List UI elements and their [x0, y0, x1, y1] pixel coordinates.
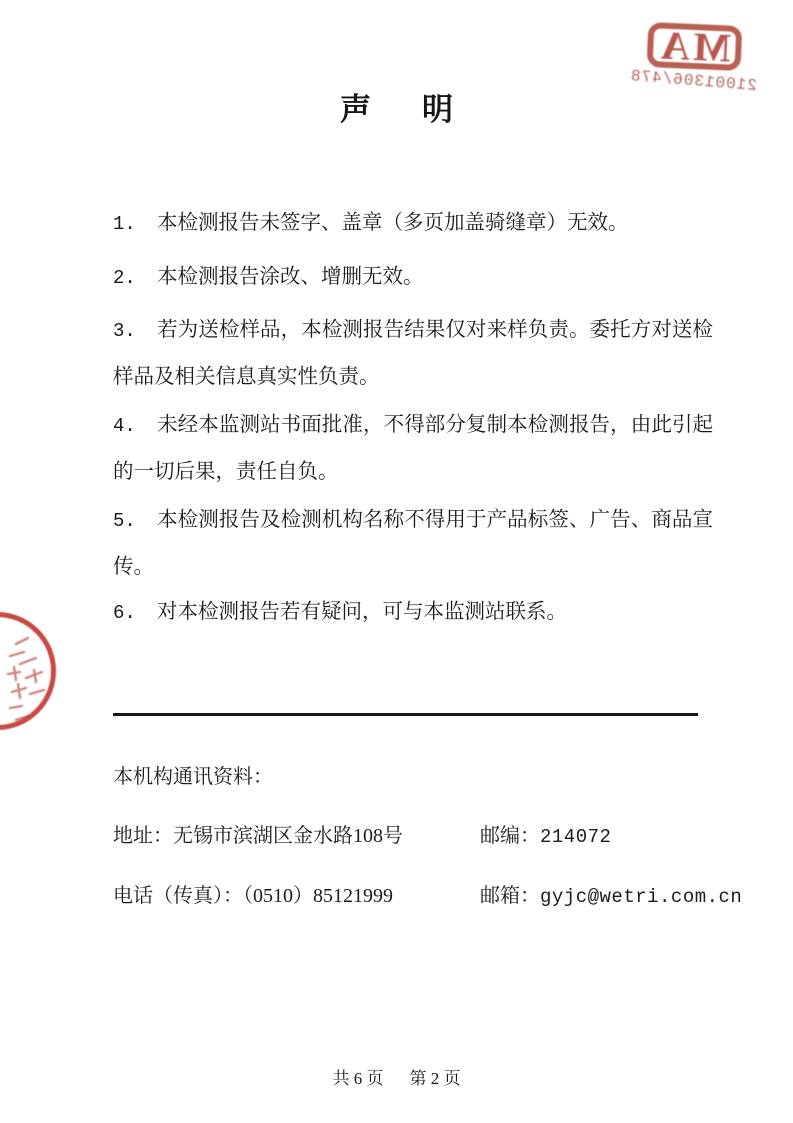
statement-number: 4. — [113, 403, 157, 449]
seal-ink-marks-icon — [2, 634, 57, 729]
divider-line — [113, 713, 698, 716]
statement-item-2: 2.本检测报告涂改、增删无效。 — [113, 254, 713, 301]
statement-number: 1. — [113, 201, 157, 247]
statement-number: 2. — [113, 255, 157, 301]
address-label: 地址： — [113, 825, 173, 847]
round-seal-icon — [0, 612, 56, 730]
phone-value: （0510）85121999 — [243, 885, 393, 907]
address-value: 无锡市滨湖区金水路108号 — [173, 825, 403, 847]
postcode-value: 214072 — [540, 826, 611, 848]
statement-text: 本检测报告未签字、盖章（多页加盖骑缝章）无效。 — [157, 212, 629, 234]
document-page: MA 21001306/478 声 明 1.本检测报告未签字、盖章（多页加盖骑缝… — [0, 0, 793, 1123]
phone-label: 电话（传真）： — [113, 885, 243, 907]
statement-item-3: 3.若为送检样品，本检测报告结果仅对来样负责。委托方对送检样品及相关信息真实性负… — [113, 307, 713, 400]
cma-ma-mark: MA — [647, 22, 743, 71]
statement-number: 6. — [113, 590, 157, 636]
page-title: 声 明 — [0, 84, 793, 129]
contact-heading: 本机构通讯资料： — [113, 760, 273, 789]
postcode-label: 邮编： — [480, 825, 540, 847]
cma-stamp-icon: MA 21001306/478 — [623, 21, 766, 93]
page-footer: 共 6 页第 2 页 — [0, 1064, 793, 1089]
email-label: 邮箱： — [480, 885, 540, 907]
footer-current-page: 第 2 页 — [410, 1069, 461, 1088]
statement-text: 本检测报告涂改、增删无效。 — [157, 266, 424, 288]
statement-number: 5. — [113, 498, 157, 544]
contact-row-phone: 电话（传真）：（0510）85121999 邮箱：gyjc@wetri.com.… — [113, 879, 713, 908]
statement-text: 若为送检样品，本检测报告结果仅对来样负责。委托方对送检样品及相关信息真实性负责。 — [113, 319, 713, 388]
statement-item-4: 4.未经本监测站书面批准，不得部分复制本检测报告，由此引起的一切后果，责任自负。 — [113, 402, 713, 495]
statement-text: 未经本监测站书面批准，不得部分复制本检测报告，由此引起的一切后果，责任自负。 — [113, 414, 713, 483]
statement-text: 本检测报告及检测机构名称不得用于产品标签、广告、商品宣传。 — [113, 509, 713, 578]
statement-item-6: 6.对本检测报告若有疑问，可与本监测站联系。 — [113, 589, 713, 636]
statement-item-5: 5.本检测报告及检测机构名称不得用于产品标签、广告、商品宣传。 — [113, 497, 713, 590]
footer-total-pages: 共 6 页 — [333, 1069, 384, 1088]
contact-row-address: 地址：无锡市滨湖区金水路108号 邮编：214072 — [113, 819, 713, 848]
statement-number: 3. — [113, 308, 157, 354]
statement-text: 对本检测报告若有疑问，可与本监测站联系。 — [157, 601, 567, 623]
email-value: gyjc@wetri.com.cn — [540, 886, 742, 908]
statement-item-1: 1.本检测报告未签字、盖章（多页加盖骑缝章）无效。 — [113, 200, 713, 247]
